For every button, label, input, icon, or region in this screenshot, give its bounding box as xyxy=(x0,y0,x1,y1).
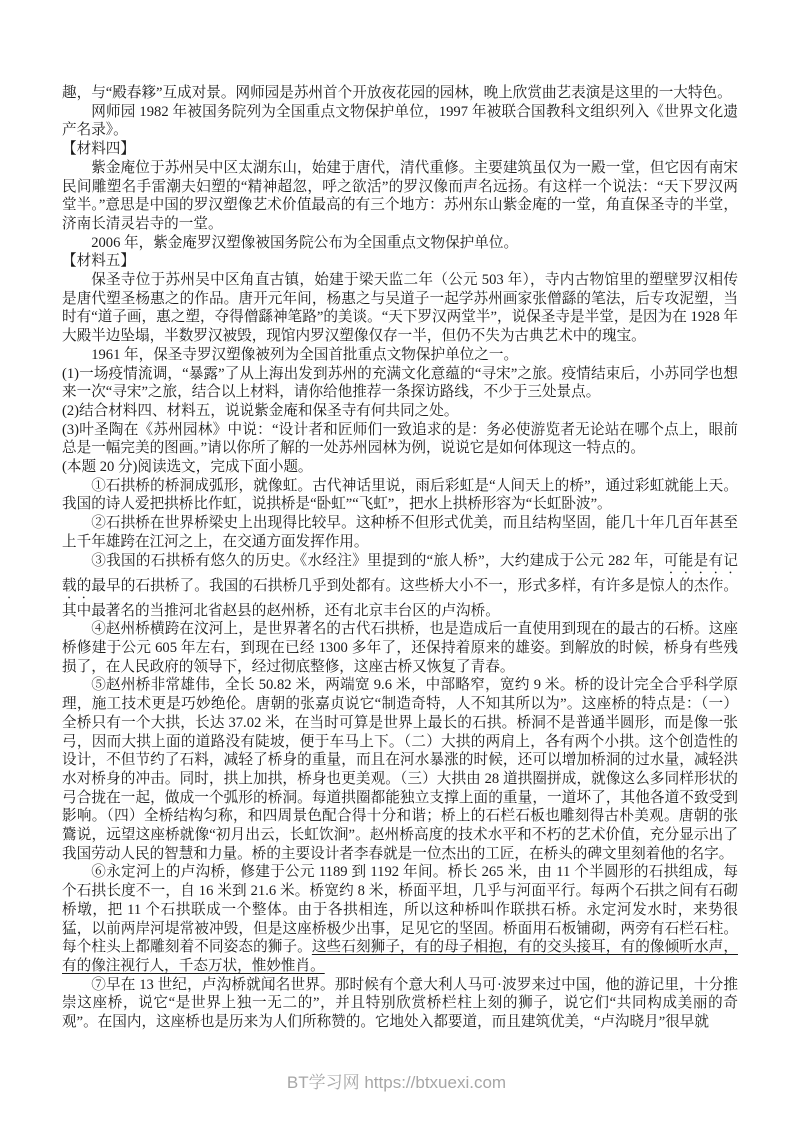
paragraph: (2)结合材料四、材料五，说说紫金庵和保圣寺有何共同之处。 xyxy=(62,402,738,421)
paragraph: 紫金庵位于苏州吴中区太湖东山，始建于唐代，清代重修。主要建筑虽仅为一殿一堂，但它… xyxy=(62,159,738,234)
text-segment: (2)结合材料四、材料五，说说紫金庵和保圣寺有何共同之处。 xyxy=(62,403,458,419)
document-page: 趣，与“殿春簃”互成对景。网师园是苏州首个开放夜花园的园林，晚上欣赏曲艺表演是这… xyxy=(0,0,793,1122)
text-segment: 最早的石拱桥了。我国的石拱桥几乎到处都有。这些桥大小不一，形式多样，有许多是惊人… xyxy=(62,578,738,619)
paragraph: (1)一场疫情流调，“暴露”了从上海出发到苏州的充满文化意蕴的“寻宋”之旅。疫情… xyxy=(62,365,738,402)
paragraph: 趣，与“殿春簃”互成对景。网师园是苏州首个开放夜花园的园林，晚上欣赏曲艺表演是这… xyxy=(62,84,738,103)
paragraph: ⑥永定河上的卢沟桥，修建于公元 1189 到 1192 年间。桥长 265 米，… xyxy=(62,863,738,975)
text-segment: 【材料五】 xyxy=(62,253,135,269)
paragraph: (本题 20 分)阅读选文，完成下面小题。 xyxy=(62,458,738,477)
text-segment: 1961 年，保圣寺罗汉塑像被列为全国首批重点文物保护单位之一。 xyxy=(91,347,518,363)
paragraph: ②石拱桥在世界桥梁史上出现得比较早。这种桥不但形式优美，而且结构坚固，能几十年几… xyxy=(62,514,738,551)
paragraph: 【材料五】 xyxy=(62,252,738,271)
paragraph: ⑤赵州桥非常雄伟，全长 50.82 米，两端宽 9.6 米，中部略窄，宽约 9 … xyxy=(62,676,738,863)
paragraph: 保圣寺位于苏州吴中区角直古镇，始建于梁天监二年（公元 503 年），寺内古物馆里… xyxy=(62,271,738,346)
paragraph: 1961 年，保圣寺罗汉塑像被列为全国首批重点文物保护单位之一。 xyxy=(62,346,738,365)
text-segment: 紫金庵位于苏州吴中区太湖东山，始建于唐代，清代重修。主要建筑虽仅为一殿一堂，但它… xyxy=(62,160,738,232)
text-segment: 网师园 1982 年被国务院列为全国重点文物保护单位，1997 年被联合国教科文… xyxy=(62,104,738,139)
text-segment: ③我国的石拱桥有悠久的历史。《水经注》里提到的“旅人桥”，大约建成于公元 282… xyxy=(91,553,664,569)
paragraph: 网师园 1982 年被国务院列为全国重点文物保护单位，1997 年被联合国教科文… xyxy=(62,103,738,140)
text-segment: (3)叶圣陶在《苏州园林》中说：“设计者和匠师们一致追求的是：务必使游览者无论站… xyxy=(62,422,738,457)
paragraph: ③我国的石拱桥有悠久的历史。《水经注》里提到的“旅人桥”，大约建成于公元 282… xyxy=(62,552,738,621)
text-segment: 【材料四】 xyxy=(62,141,135,157)
paragraph: (3)叶圣陶在《苏州园林》中说：“设计者和匠师们一致追求的是：务必使游览者无论站… xyxy=(62,421,738,458)
text-segment: ⑦早在 13 世纪，卢沟桥就闻名世界。那时候有个意大利人马可·波罗来过中国，他的… xyxy=(62,977,738,1030)
text-segment: 2006 年，紫金庵罗汉塑像被国务院公布为全国重点文物保护单位。 xyxy=(91,235,518,251)
paragraph: 【材料四】 xyxy=(62,140,738,159)
paragraph: ④赵州桥横跨在汶河上，是世界著名的古代石拱桥，也是造成后一直使用到现在的最古的石… xyxy=(62,620,738,676)
watermark-footer: BT学习网 https://btxuexi.com xyxy=(0,1068,793,1093)
text-segment: ④赵州桥横跨在汶河上，是世界著名的古代石拱桥，也是造成后一直使用到现在的最古的石… xyxy=(62,621,738,674)
text-segment: (1)一场疫情流调，“暴露”了从上海出发到苏州的充满文化意蕴的“寻宋”之旅。疫情… xyxy=(62,366,738,401)
text-segment: ⑤赵州桥非常雄伟，全长 50.82 米，两端宽 9.6 米，中部略窄，宽约 9 … xyxy=(62,677,738,861)
paragraph: ①石拱桥的桥洞成弧形，就像虹。古代神话里说，雨后彩虹是“人间天上的桥”，通过彩虹… xyxy=(62,477,738,514)
text-segment: ①石拱桥的桥洞成弧形，就像虹。古代神话里说，雨后彩虹是“人间天上的桥”，通过彩虹… xyxy=(62,478,738,513)
paragraph: 2006 年，紫金庵罗汉塑像被国务院公布为全国重点文物保护单位。 xyxy=(62,234,738,253)
text-segment: 保圣寺位于苏州吴中区角直古镇，始建于梁天监二年（公元 503 年），寺内古物馆里… xyxy=(62,272,738,344)
text-segment: ②石拱桥在世界桥梁史上出现得比较早。这种桥不但形式优美，而且结构坚固，能几十年几… xyxy=(62,515,738,550)
text-segment: (本题 20 分)阅读选文，完成下面小题。 xyxy=(62,459,313,475)
text-segment: 趣，与“殿春簃”互成对景。网师园是苏州首个开放夜花园的园林，晚上欣赏曲艺表演是这… xyxy=(62,85,732,101)
paragraph: ⑦早在 13 世纪，卢沟桥就闻名世界。那时候有个意大利人马可·波罗来过中国，他的… xyxy=(62,976,738,1032)
document-body: 趣，与“殿春簃”互成对景。网师园是苏州首个开放夜花园的园林，晚上欣赏曲艺表演是这… xyxy=(62,84,738,1032)
